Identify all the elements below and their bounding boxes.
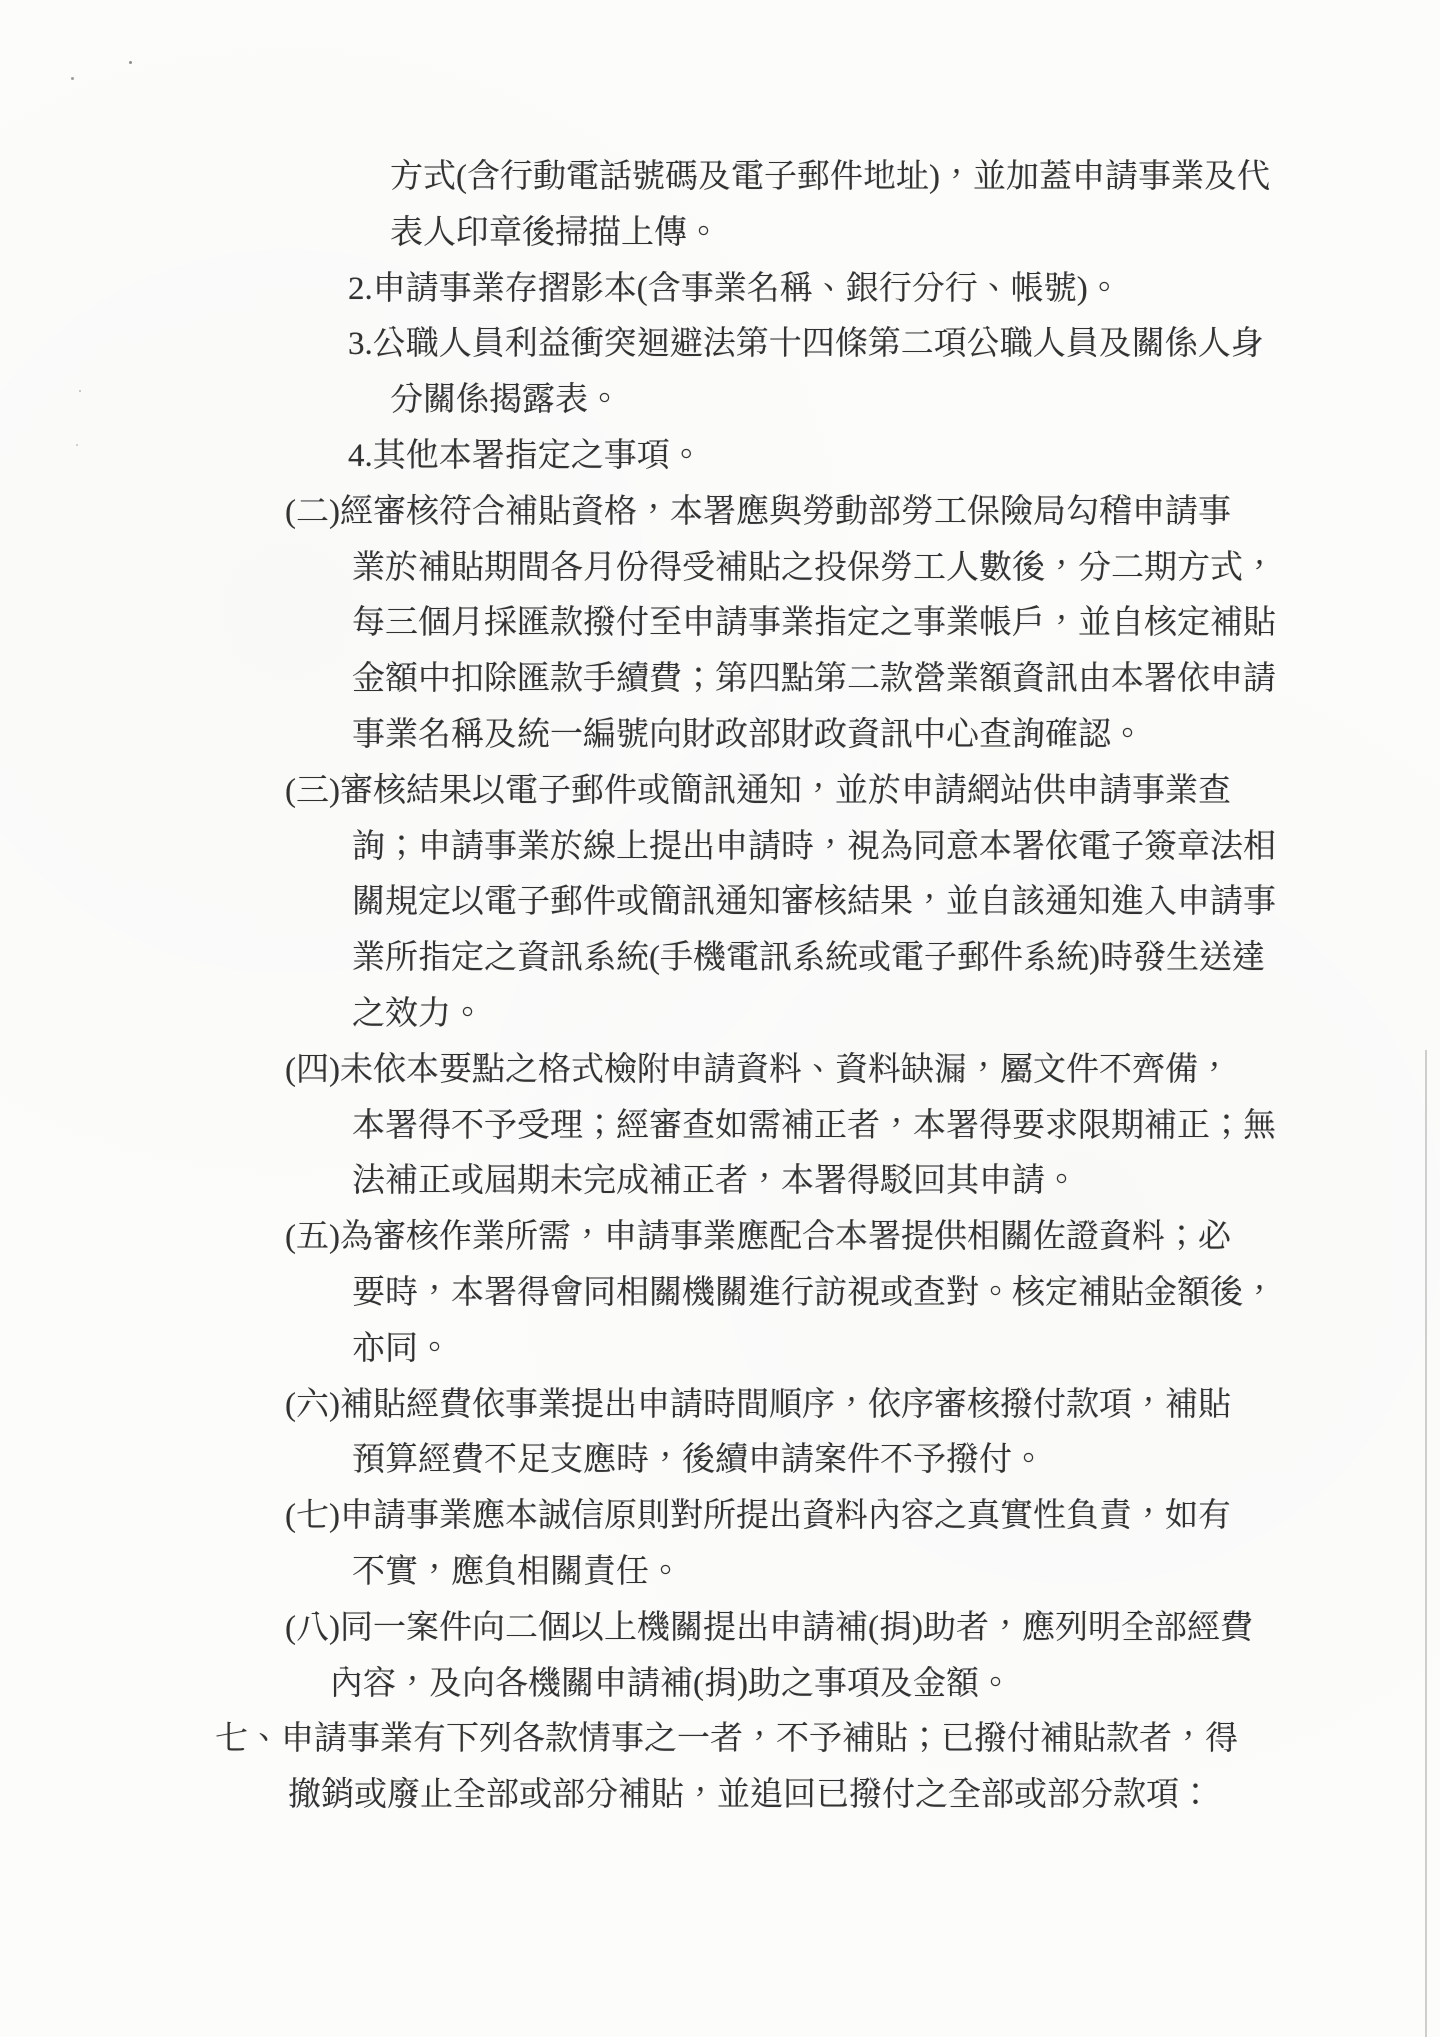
document-line: 方式(含行動電話號碼及電子郵件地址)，並加蓋申請事業及代 — [0, 150, 1440, 206]
document-line: 金額中扣除匯款手續費；第四點第二款營業額資訊由本署依申請 — [0, 652, 1440, 708]
document-line: (七)申請事業應本誠信原則對所提出資料內容之真實性負責，如有 — [0, 1489, 1440, 1545]
document-line: 內容，及向各機關申請補(捐)助之事項及金額。 — [0, 1657, 1440, 1713]
document-line: 法補正或屆期未完成補正者，本署得駁回其申請。 — [0, 1154, 1440, 1210]
document-line: 撤銷或廢止全部或部分補貼，並追回已撥付之全部或部分款項： — [0, 1768, 1440, 1824]
document-line: 每三個月採匯款撥付至申請事業指定之事業帳戶，並自核定補貼 — [0, 596, 1440, 652]
document-line: 本署得不予受理；經審查如需補正者，本署得要求限期補正；無 — [0, 1099, 1440, 1155]
document-line: 事業名稱及統一編號向財政部財政資訊中心查詢確認。 — [0, 708, 1440, 764]
document-line: 不實，應負相關責任。 — [0, 1545, 1440, 1601]
scan-edge-line — [1425, 1050, 1427, 2037]
document-line: (五)為審核作業所需，申請事業應配合本署提供相關佐證資料；必 — [0, 1210, 1440, 1266]
scanned-page: 方式(含行動電話號碼及電子郵件地址)，並加蓋申請事業及代表人印章後掃描上傳。2.… — [0, 0, 1440, 2037]
document-line: (四)未依本要點之格式檢附申請資料、資料缺漏，屬文件不齊備， — [0, 1043, 1440, 1099]
document-line: (六)補貼經費依事業提出申請時間順序，依序審核撥付款項，補貼 — [0, 1378, 1440, 1434]
document-line: 亦同。 — [0, 1322, 1440, 1378]
document-line: 3.公職人員利益衝突迴避法第十四條第二項公職人員及關係人身 — [0, 317, 1440, 373]
document-line: 預算經費不足支應時，後續申請案件不予撥付。 — [0, 1433, 1440, 1489]
document-line: (三)審核結果以電子郵件或簡訊通知，並於申請網站供申請事業查 — [0, 764, 1440, 820]
document-line: 要時，本署得會同相關機關進行訪視或查對。核定補貼金額後， — [0, 1266, 1440, 1322]
document-line: 詢；申請事業於線上提出申請時，視為同意本署依電子簽章法相 — [0, 820, 1440, 876]
dust-speck — [71, 77, 74, 80]
document-line: 業所指定之資訊系統(手機電訊系統或電子郵件系統)時發生送達 — [0, 931, 1440, 987]
document-line: (二)經審核符合補貼資格，本署應與勞動部勞工保險局勾稽申請事 — [0, 485, 1440, 541]
document-line: 七、申請事業有下列各款情事之一者，不予補貼；已撥付補貼款者，得 — [0, 1712, 1440, 1768]
document-line: 分關係揭露表。 — [0, 373, 1440, 429]
dust-speck — [129, 61, 132, 64]
document-line: 表人印章後掃描上傳。 — [0, 206, 1440, 262]
document-line: 關規定以電子郵件或簡訊通知審核結果，並自該通知進入申請事 — [0, 875, 1440, 931]
document-line: 業於補貼期間各月份得受補貼之投保勞工人數後，分二期方式， — [0, 541, 1440, 597]
document-text-block: 方式(含行動電話號碼及電子郵件地址)，並加蓋申請事業及代表人印章後掃描上傳。2.… — [0, 150, 1440, 1824]
document-line: (八)同一案件向二個以上機關提出申請補(捐)助者，應列明全部經費 — [0, 1601, 1440, 1657]
document-line: 2.申請事業存摺影本(含事業名稱、銀行分行、帳號)。 — [0, 262, 1440, 318]
document-line: 4.其他本署指定之事項。 — [0, 429, 1440, 485]
document-line: 之效力。 — [0, 987, 1440, 1043]
